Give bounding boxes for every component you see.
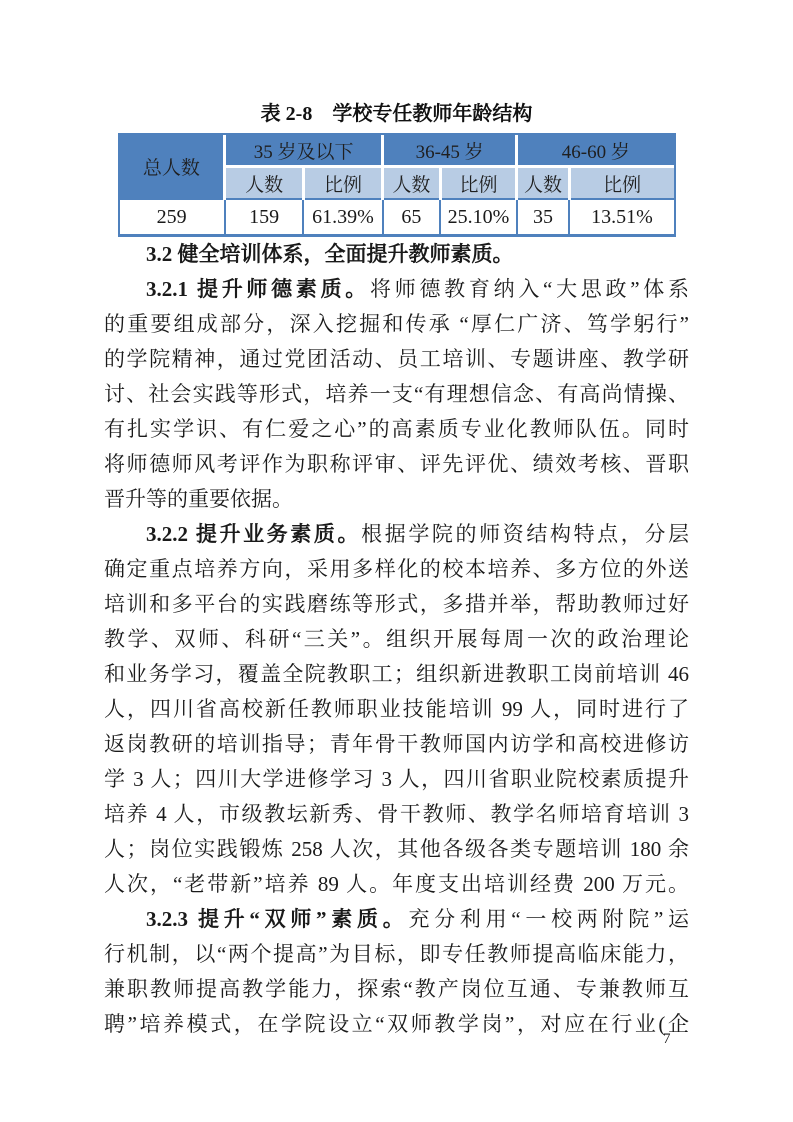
body-text: 3.2 健全培训体系，全面提升教师素质。 3.2.1 提升师德素质。将师德教育纳…: [104, 237, 689, 1042]
cell-46-60-count: 35: [517, 199, 570, 234]
text-line: 3.2.1 提升师德素质。将师德教育纳入“大思政”体系: [104, 272, 689, 307]
document-page: { "colors": { "table_header_dark": "#4f8…: [0, 0, 793, 1122]
line-text: 返岗教研的培训指导；青年骨干教师国内访学和高校进修访: [104, 732, 689, 756]
text-line: 培训和多平台的实践磨练等形式，多措并举，帮助教师过好: [104, 587, 689, 622]
line-text: 将师德师风考评作为职称评审、评先评优、绩效考核、晋职: [104, 452, 689, 476]
line-text: 人，四川省高校新任教师职业技能培训 99 人，同时进行了: [104, 697, 689, 721]
line-text: 充分利用“一校两附院”运: [408, 907, 689, 931]
table-header-total: 总人数: [120, 135, 225, 199]
text-line: 聘”培养模式，在学院设立“双师教学岗”，对应在行业(企: [104, 1007, 689, 1042]
text-line: 有扎实学识、有仁爱之心”的高素质专业化教师队伍。同时: [104, 412, 689, 447]
line-text: 学 3 人；四川大学进修学习 3 人，四川省职业院校素质提升: [104, 767, 689, 791]
text-line: 3.2.2 提升业务素质。根据学院的师资结构特点，分层: [104, 517, 689, 552]
heading-text: 3.2 健全培训体系，全面提升教师素质。: [146, 242, 514, 266]
line-text: 的重要组成部分，深入挖掘和传承 “厚仁广济、笃学躬行”: [104, 312, 689, 336]
cell-under35-ratio: 61.39%: [303, 199, 382, 234]
line-text: 人次，“老带新”培养 89 人。年度支出培训经费 200 万元。: [104, 872, 689, 896]
line-text: 的学院精神，通过党团活动、员工培训、专题讲座、教学研: [104, 347, 689, 371]
text-line: 的重要组成部分，深入挖掘和传承 “厚仁广济、笃学躬行”: [104, 307, 689, 342]
line-text: 培训和多平台的实践磨练等形式，多措并举，帮助教师过好: [104, 592, 689, 616]
table-subheader-count: 人数: [225, 167, 304, 200]
heading-text: 3.2.1 提升师德素质。: [146, 277, 370, 301]
cell-under35-count: 159: [225, 199, 304, 234]
table-subheader-count: 人数: [517, 167, 570, 200]
table-caption: 表 2-8 学校专任教师年龄结构: [104, 101, 689, 127]
cell-36-45-ratio: 25.10%: [440, 199, 516, 234]
line-text: 讨、社会实践等形式，培养一支“有理想信念、有高尚情操、: [104, 382, 689, 406]
table-header-group-46-60: 46-60 岁: [517, 135, 674, 167]
text-line: 和业务学习，覆盖全院教职工；组织新进教职工岗前培训 46: [104, 657, 689, 692]
text-line: 教学、双师、科研“三关”。组织开展每周一次的政治理论: [104, 622, 689, 657]
table-header-group-36-45: 36-45 岁: [383, 135, 517, 167]
heading-text: 3.2.2 提升业务素质。: [146, 522, 361, 546]
line-text: 兼职教师提高教学能力，探索“教产岗位互通、专兼教师互: [104, 977, 689, 1001]
age-structure-table: 总人数 35 岁及以下 36-45 岁 46-60 岁 人数 比例 人数 比例 …: [118, 133, 676, 237]
text-line: 返岗教研的培训指导；青年骨干教师国内访学和高校进修访: [104, 727, 689, 762]
text-line: 行机制，以“两个提高”为目标，即专任教师提高临床能力，: [104, 937, 689, 972]
cell-total: 259: [120, 199, 225, 234]
line-text: 根据学院的师资结构特点，分层: [361, 522, 689, 546]
page-number: 7: [663, 1031, 671, 1048]
line-text: 人；岗位实践锻炼 258 人次，其他各级各类专题培训 180 余: [104, 837, 689, 861]
text-line: 的学院精神，通过党团活动、员工培训、专题讲座、教学研: [104, 342, 689, 377]
table-header-group-under-35: 35 岁及以下: [225, 135, 383, 167]
table-subheader-count: 人数: [383, 167, 441, 200]
text-line: 人次，“老带新”培养 89 人。年度支出培训经费 200 万元。: [104, 867, 689, 902]
text-line: 培养 4 人，市级教坛新秀、骨干教师、教学名师培育培训 3: [104, 797, 689, 832]
table-subheader-ratio: 比例: [303, 167, 382, 200]
text-line: 讨、社会实践等形式，培养一支“有理想信念、有高尚情操、: [104, 377, 689, 412]
section-heading-3-2: 3.2 健全培训体系，全面提升教师素质。: [104, 237, 689, 272]
line-text: 行机制，以“两个提高”为目标，即专任教师提高临床能力，: [104, 942, 689, 966]
document-body: 表 2-8 学校专任教师年龄结构 总人数 35 岁及以下 36-45 岁 46-…: [104, 101, 689, 1042]
line-text: 和业务学习，覆盖全院教职工；组织新进教职工岗前培训 46: [104, 662, 689, 686]
text-line: 3.2.3 提升“双师”素质。充分利用“一校两附院”运: [104, 902, 689, 937]
line-text: 聘”培养模式，在学院设立“双师教学岗”，对应在行业(企: [104, 1012, 689, 1036]
table-row: 259 159 61.39% 65 25.10% 35 13.51%: [120, 199, 674, 234]
heading-text: 3.2.3 提升“双师”素质。: [146, 907, 408, 931]
line-text: 有扎实学识、有仁爱之心”的高素质专业化教师队伍。同时: [104, 417, 689, 441]
table-subheader-ratio: 比例: [569, 167, 673, 200]
text-line: 确定重点培养方向，采用多样化的校本培养、多方位的外送: [104, 552, 689, 587]
line-text: 将师德教育纳入“大思政”体系: [370, 277, 689, 301]
text-line: 人；岗位实践锻炼 258 人次，其他各级各类专题培训 180 余: [104, 832, 689, 867]
cell-46-60-ratio: 13.51%: [569, 199, 673, 234]
cell-36-45-count: 65: [383, 199, 441, 234]
text-line: 兼职教师提高教学能力，探索“教产岗位互通、专兼教师互: [104, 972, 689, 1007]
text-line: 晋升等的重要依据。: [104, 482, 689, 517]
text-line: 将师德师风考评作为职称评审、评先评优、绩效考核、晋职: [104, 447, 689, 482]
text-line: 学 3 人；四川大学进修学习 3 人，四川省职业院校素质提升: [104, 762, 689, 797]
line-text: 晋升等的重要依据。: [104, 487, 293, 511]
line-text: 教学、双师、科研“三关”。组织开展每周一次的政治理论: [104, 627, 689, 651]
line-text: 培养 4 人，市级教坛新秀、骨干教师、教学名师培育培训 3: [104, 802, 689, 826]
line-text: 确定重点培养方向，采用多样化的校本培养、多方位的外送: [104, 557, 689, 581]
table-subheader-ratio: 比例: [440, 167, 516, 200]
text-line: 人，四川省高校新任教师职业技能培训 99 人，同时进行了: [104, 692, 689, 727]
